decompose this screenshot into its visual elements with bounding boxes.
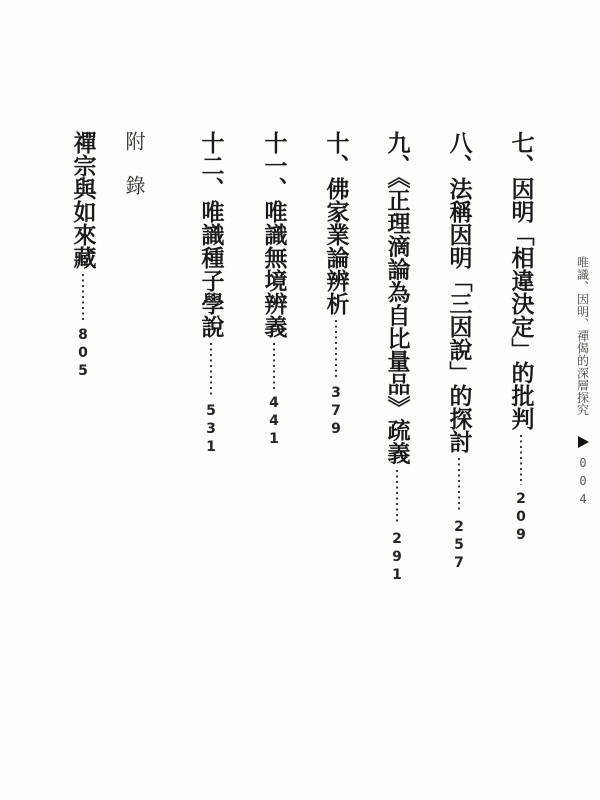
appendix-section-heading: 附 錄 <box>118 131 148 196</box>
dotted-leader <box>335 320 337 379</box>
toc-entry-title: 七、因明「相違決定」的批判 <box>505 131 538 430</box>
toc-entry-appendix: 禪宗與如來藏 805 <box>68 131 98 381</box>
toc-entry-page-number: 379 <box>328 385 344 439</box>
running-header: 唯識、因明、禪偈的深層探究 004 <box>572 256 594 516</box>
toc-entry-title: 十一、唯識無境辨義 <box>258 131 291 338</box>
dotted-leader <box>273 343 275 389</box>
toc-entry-page-number: 805 <box>75 327 91 381</box>
page-folio-number: 004 <box>576 456 590 510</box>
toc-entry-chapter-7: 七、因明「相違決定」的批判 209 <box>506 131 536 545</box>
toc-entry-title: 十、佛家業論辨析 <box>320 131 353 315</box>
dotted-leader <box>458 458 460 513</box>
dotted-leader <box>210 343 212 397</box>
toc-entry-chapter-10: 十、佛家業論辨析 379 <box>321 131 351 439</box>
toc-entry-title: 禪宗與如來藏 <box>67 131 100 269</box>
toc-entry-page-number: 257 <box>451 519 467 573</box>
toc-entry-chapter-11: 十一、唯識無境辨義 441 <box>259 131 289 449</box>
dotted-leader <box>82 274 84 321</box>
toc-entry-chapter-8: 八、法稱因明「三因說」的探討 257 <box>444 131 474 573</box>
dotted-leader <box>396 470 398 526</box>
toc-entry-page-number: 441 <box>266 395 282 449</box>
toc-entry-title: 九、《正理滴論為自比量品》疏義 <box>381 131 414 465</box>
toc-entry-title: 八、法稱因明「三因說」的探討 <box>443 131 476 453</box>
toc-entry-chapter-9: 九、《正理滴論為自比量品》疏義 291 <box>382 131 412 585</box>
toc-entry-page-number: 531 <box>203 403 219 457</box>
toc-entry-chapter-12: 十二、唯識種子學說 531 <box>196 131 226 457</box>
toc-entry-page-number: 291 <box>389 531 405 585</box>
right-triangle-icon <box>578 436 589 448</box>
book-page: 唯識、因明、禪偈的深層探究 004 七、因明「相違決定」的批判 209 八、法稱… <box>0 0 600 800</box>
toc-entry-page-number: 209 <box>513 491 529 545</box>
running-header-book-title: 唯識、因明、禪偈的深層探究 <box>575 256 592 416</box>
dotted-leader <box>520 435 522 485</box>
toc-entry-title: 十二、唯識種子學說 <box>195 131 228 338</box>
